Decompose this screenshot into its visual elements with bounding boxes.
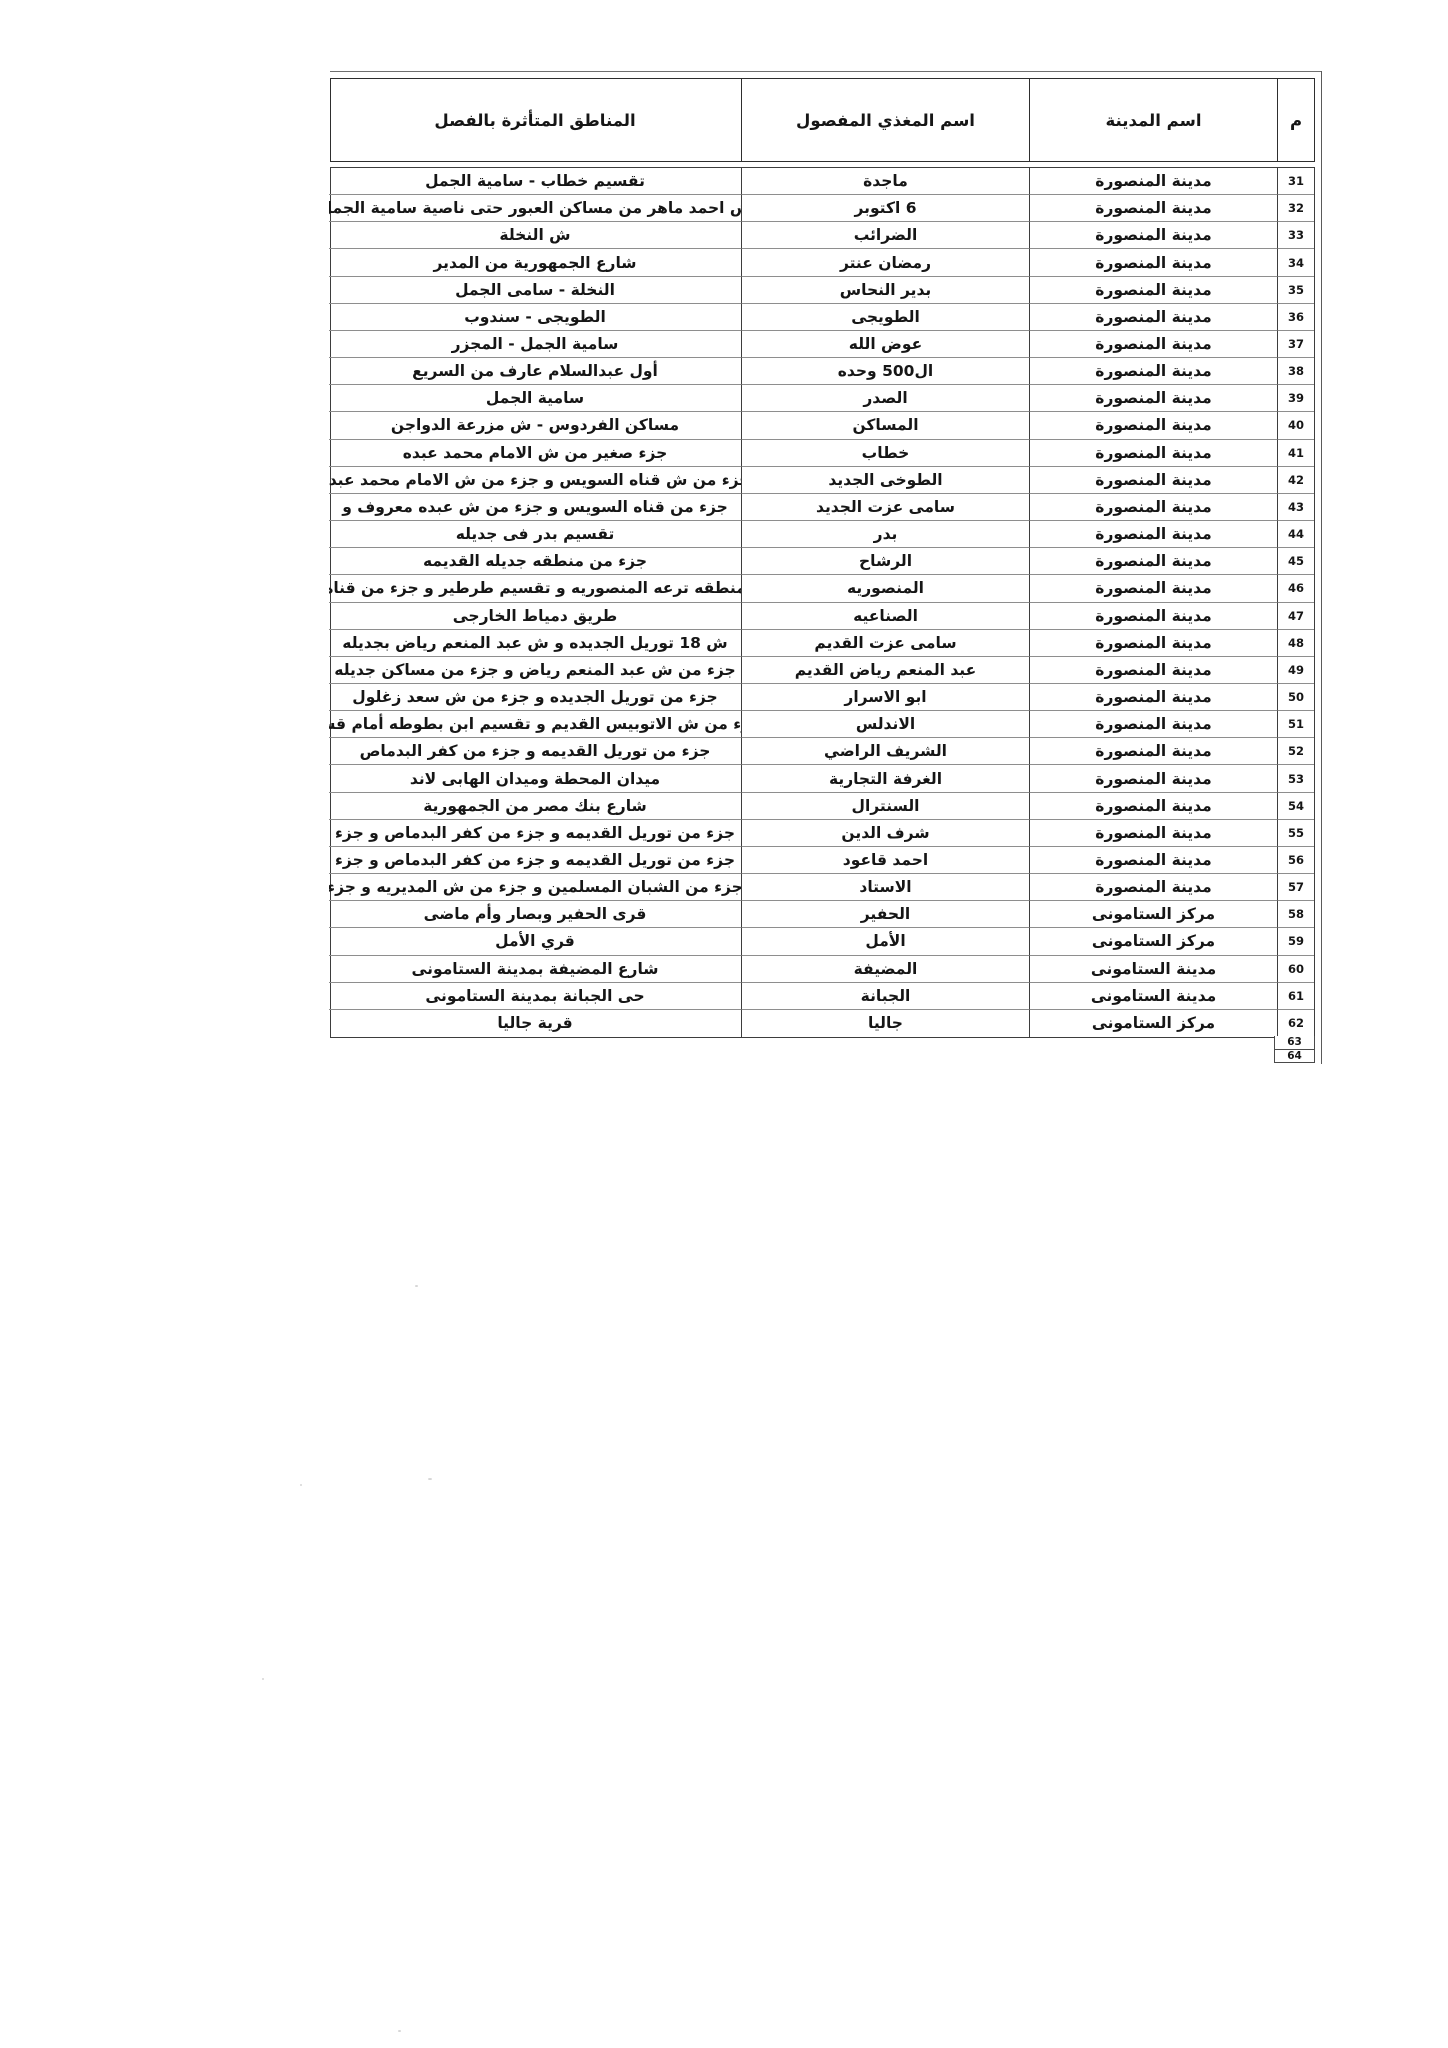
city-name-cell: مدينة المنصورة <box>1029 820 1277 847</box>
city-name-cell: مدينة المنصورة <box>1029 467 1277 494</box>
scan-speck <box>262 1678 264 1680</box>
row-index-cell: 39 <box>1277 385 1314 412</box>
feeder-name-cell: خطاب <box>741 440 1029 467</box>
city-name-cell: مدينة المنصورة <box>1029 548 1277 575</box>
row-index-cell: 46 <box>1277 575 1314 602</box>
row-index-cell: 42 <box>1277 467 1314 494</box>
affected-areas-cell: ميدان المحطة وميدان الهابى لاند <box>329 765 741 792</box>
col-header-city: اسم المدينة <box>1029 79 1277 161</box>
affected-areas-cell: سامية الجمل - المجزر <box>329 331 741 358</box>
feeder-name-cell: ال500 وحده <box>741 358 1029 385</box>
scan-speck <box>428 1478 432 1480</box>
feeder-name-cell: سامى عزت القديم <box>741 630 1029 657</box>
feeder-name-cell: الحفير <box>741 901 1029 928</box>
feeder-name-cell: احمد قاعود <box>741 847 1029 874</box>
feeder-name-cell: السنترال <box>741 793 1029 820</box>
feeder-name-cell: بدير النحاس <box>741 277 1029 304</box>
row-index-cell: 32 <box>1277 195 1314 222</box>
city-name-cell: مدينة المنصورة <box>1029 168 1277 195</box>
feeder-name-cell: الأمل <box>741 928 1029 955</box>
feeder-name-cell: عوض الله <box>741 331 1029 358</box>
feeder-name-cell: الطويجى <box>741 304 1029 331</box>
row-index-cell: 61 <box>1277 983 1314 1010</box>
feeder-name-cell: الصناعيه <box>741 603 1029 630</box>
city-name-cell: مدينة المنصورة <box>1029 630 1277 657</box>
affected-areas-cell: النخلة - سامى الجمل <box>329 277 741 304</box>
feeder-name-cell: الضرائب <box>741 222 1029 249</box>
city-name-cell: مدينة المنصورة <box>1029 657 1277 684</box>
feeder-name-cell: الصدر <box>741 385 1029 412</box>
city-name-cell: مدينة المنصورة <box>1029 222 1277 249</box>
affected-areas-cell: ش 18 توريل الجديده و ش عبد المنعم رياض ب… <box>329 630 741 657</box>
city-name-cell: مدينة المنصورة <box>1029 440 1277 467</box>
feeder-name-cell: المضيفة <box>741 956 1029 983</box>
affected-areas-cell: حى الجبانة بمدينة الستامونى <box>329 983 741 1010</box>
row-index-cell: 51 <box>1277 711 1314 738</box>
city-name-cell: مدينة المنصورة <box>1029 412 1277 439</box>
feeder-name-cell: 6 اكتوبر <box>741 195 1029 222</box>
row-index-cell: 56 <box>1277 847 1314 874</box>
city-name-cell: مركز الستامونى <box>1029 901 1277 928</box>
row-index-cell: 41 <box>1277 440 1314 467</box>
city-name-cell: مدينة المنصورة <box>1029 874 1277 901</box>
feeder-name-cell: جاليا <box>741 1010 1029 1037</box>
row-index-cell: 38 <box>1277 358 1314 385</box>
affected-areas-cell: جزء من ش عبد المنعم رياض و جزء من مساكن … <box>329 657 741 684</box>
city-name-cell: مدينة المنصورة <box>1029 847 1277 874</box>
row-index-cell: 62 <box>1277 1010 1314 1037</box>
row-index-cell: 34 <box>1277 249 1314 276</box>
row-index-cell: 47 <box>1277 603 1314 630</box>
scan-speck <box>415 1285 418 1287</box>
row-index-cell: 44 <box>1277 521 1314 548</box>
feeder-name-cell: عبد المنعم رياض القديم <box>741 657 1029 684</box>
col-header-feeder: اسم المغذي المفصول <box>741 79 1029 161</box>
city-name-cell: مدينة المنصورة <box>1029 331 1277 358</box>
feeder-name-cell: الطوخى الجديد <box>741 467 1029 494</box>
affected-areas-cell: جزء من قناه السويس و جزء من ش عبده معروف… <box>329 494 741 521</box>
table-outer-top-border <box>330 71 1322 72</box>
row-index-cell: 60 <box>1277 956 1314 983</box>
feeder-name-cell: الغرفة التجارية <box>741 765 1029 792</box>
affected-areas-cell: جزء من توريل القديمه و جزء من كفر البدما… <box>329 847 741 874</box>
feeder-name-cell: بدر <box>741 521 1029 548</box>
row-index-cell: 40 <box>1277 412 1314 439</box>
affected-areas-cell: جزء من الشبان المسلمين و جزء من ش المدير… <box>329 874 741 901</box>
city-name-cell: مركز الستامونى <box>1029 928 1277 955</box>
affected-areas-cell: قري الأمل <box>329 928 741 955</box>
affected-areas-cell: جزء من منطقه جديله القديمه <box>329 548 741 575</box>
feeder-name-cell: المنصوريه <box>741 575 1029 602</box>
affected-areas-cell: شارع المضيفة بمدينة الستامونى <box>329 956 741 983</box>
city-name-cell: مدينة المنصورة <box>1029 385 1277 412</box>
city-name-cell: مدينة المنصورة <box>1029 765 1277 792</box>
affected-areas-cell: جزء من ش الاتوبيس القديم و تقسيم ابن بطو… <box>329 711 741 738</box>
col-header-index: م <box>1277 79 1314 161</box>
affected-areas-cell: جزء صغير من ش الامام محمد عبده <box>329 440 741 467</box>
row-index-cell: 53 <box>1277 765 1314 792</box>
row-index-cell: 57 <box>1277 874 1314 901</box>
city-name-cell: مدينة المنصورة <box>1029 738 1277 765</box>
affected-areas-cell: تقسيم خطاب - سامية الجمل <box>329 168 741 195</box>
affected-areas-cell: جزء من توريل القديمه و جزء من كفر البدما… <box>329 820 741 847</box>
city-name-cell: مدينة المنصورة <box>1029 304 1277 331</box>
trailing-index-cells: 6364 <box>1274 1036 1315 1063</box>
feeder-name-cell: المساكن <box>741 412 1029 439</box>
city-name-cell: مدينة المنصورة <box>1029 494 1277 521</box>
col-header-areas: المناطق المتأثرة بالفصل <box>329 79 741 161</box>
affected-areas-cell: منطقه ترعه المنصوريه و تقسيم طرطير و جزء… <box>329 575 741 602</box>
trailing-index-cell: 63 <box>1274 1036 1315 1050</box>
affected-areas-cell: تقسيم بدر فى جديله <box>329 521 741 548</box>
trailing-index-cell: 64 <box>1274 1050 1315 1064</box>
city-name-cell: مدينة المنصورة <box>1029 575 1277 602</box>
row-index-cell: 31 <box>1277 168 1314 195</box>
row-index-cell: 45 <box>1277 548 1314 575</box>
city-name-cell: مدينة المنصورة <box>1029 195 1277 222</box>
row-index-cell: 59 <box>1277 928 1314 955</box>
feeder-name-cell: الاستاد <box>741 874 1029 901</box>
city-name-cell: مركز الستامونى <box>1029 1010 1277 1037</box>
affected-areas-cell: ش احمد ماهر من مساكن العبور حتى ناصية سا… <box>329 195 741 222</box>
affected-areas-cell: شارع الجمهورية من المدير <box>329 249 741 276</box>
city-name-cell: مدينة المنصورة <box>1029 603 1277 630</box>
affected-areas-cell: ش النخلة <box>329 222 741 249</box>
affected-areas-cell: جزء من توريل القديمه و جزء من كفر البدما… <box>329 738 741 765</box>
affected-areas-cell: الطويجى - سندوب <box>329 304 741 331</box>
scan-speck <box>398 2030 401 2032</box>
row-index-cell: 43 <box>1277 494 1314 521</box>
city-name-cell: مدينة المنصورة <box>1029 277 1277 304</box>
row-index-cell: 36 <box>1277 304 1314 331</box>
row-index-cell: 49 <box>1277 657 1314 684</box>
feeder-name-cell: شرف الدين <box>741 820 1029 847</box>
row-index-cell: 35 <box>1277 277 1314 304</box>
city-name-cell: مدينة المنصورة <box>1029 358 1277 385</box>
feeder-name-cell: الاندلس <box>741 711 1029 738</box>
row-index-cell: 54 <box>1277 793 1314 820</box>
feeder-name-cell: رمضان عنتر <box>741 249 1029 276</box>
table-header-row: م اسم المدينة اسم المغذي المفصول المناطق… <box>330 78 1315 162</box>
feeder-name-cell: ابو الاسرار <box>741 684 1029 711</box>
affected-areas-cell: قرية جاليا <box>329 1010 741 1037</box>
feeder-name-cell: سامى عزت الجديد <box>741 494 1029 521</box>
scanned-document-page: م اسم المدينة اسم المغذي المفصول المناطق… <box>0 0 1448 2048</box>
affected-areas-cell: قرى الحفير وبصار وأم ماضى <box>329 901 741 928</box>
city-name-cell: مدينة المنصورة <box>1029 711 1277 738</box>
row-index-cell: 58 <box>1277 901 1314 928</box>
row-index-cell: 48 <box>1277 630 1314 657</box>
outage-table: م اسم المدينة اسم المغذي المفصول المناطق… <box>330 78 1315 1038</box>
affected-areas-cell: طريق دمياط الخارجى <box>329 603 741 630</box>
affected-areas-cell: أول عبدالسلام عارف من السريع <box>329 358 741 385</box>
row-index-cell: 33 <box>1277 222 1314 249</box>
affected-areas-cell: جزء من ش قناه السويس و جزء من ش الامام م… <box>329 467 741 494</box>
feeder-name-cell: ماجدة <box>741 168 1029 195</box>
row-index-cell: 52 <box>1277 738 1314 765</box>
city-name-cell: مدينة المنصورة <box>1029 249 1277 276</box>
row-index-cell: 55 <box>1277 820 1314 847</box>
city-name-cell: مدينة المنصورة <box>1029 684 1277 711</box>
table-body: 31 مدينة المنصورة ماجدة تقسيم خطاب - سام… <box>330 167 1315 1038</box>
city-name-cell: مدينة الستامونى <box>1029 956 1277 983</box>
affected-areas-cell: سامية الجمل <box>329 385 741 412</box>
city-name-cell: مدينة المنصورة <box>1029 521 1277 548</box>
city-name-cell: مدينة المنصورة <box>1029 793 1277 820</box>
row-index-cell: 37 <box>1277 331 1314 358</box>
table-outer-right-border <box>1321 71 1322 1064</box>
row-index-cell: 50 <box>1277 684 1314 711</box>
affected-areas-cell: جزء من توريل الجديده و جزء من ش سعد زغلو… <box>329 684 741 711</box>
feeder-name-cell: الشريف الراضي <box>741 738 1029 765</box>
feeder-name-cell: الرشاح <box>741 548 1029 575</box>
feeder-name-cell: الجبانة <box>741 983 1029 1010</box>
city-name-cell: مدينة الستامونى <box>1029 983 1277 1010</box>
affected-areas-cell: شارع بنك مصر من الجمهورية <box>329 793 741 820</box>
scan-speck <box>300 1484 302 1486</box>
affected-areas-cell: مساكن الفردوس - ش مزرعة الدواجن <box>329 412 741 439</box>
